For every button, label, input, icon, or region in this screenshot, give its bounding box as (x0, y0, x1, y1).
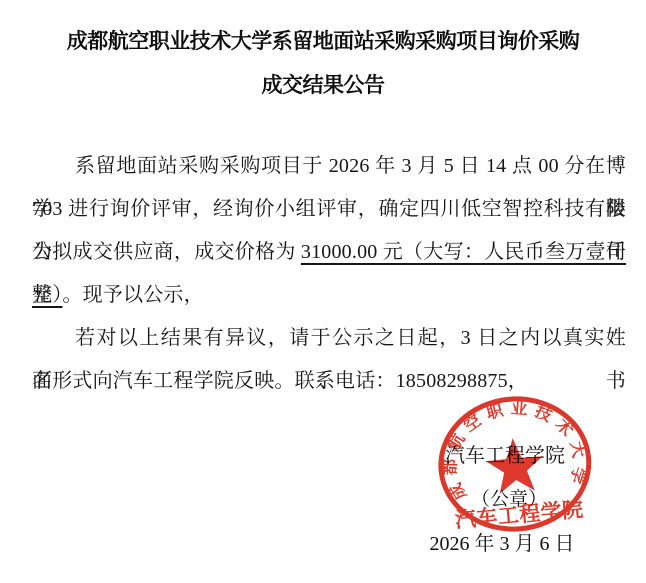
body-line: 系留地面站采购采购项目于 2026 年 3 月 5 日 14 点 00 分在博学… (32, 145, 626, 188)
body-line: 整）。现予以公示， (32, 274, 626, 317)
document-page: 成都航空职业技术大学系留地面站采购采购项目询价采购 成交结果公告 系留地面站采购… (0, 0, 646, 583)
underlined-text: 整） (32, 284, 62, 306)
body-text: 。现予以公示， (62, 284, 203, 306)
body-line: 若对以上结果有异议，请于公示之日起，3 日之内以真实姓名、书 (32, 317, 626, 360)
signature-department: 汽车工程学院 (445, 445, 565, 467)
signature-seal-note: （公章） (471, 489, 547, 511)
body-line: 为拟成交供应商，成交价格为 31000.00 元（大写：人民币叁万壹仟元 (32, 231, 626, 274)
body-text: 面形式向汽车工程学院反映。联系电话：18508298875， (32, 370, 528, 392)
signature-date: 2026 年 3 月 6 日 (430, 533, 575, 555)
document-title-line2: 成交结果公告 (0, 69, 646, 99)
official-seal-icon: 成都航空职业技术大学 汽车工程学院 (436, 394, 596, 554)
document-title-line1: 成都航空职业技术大学系留地面站采购采购项目询价采购 (0, 25, 646, 55)
document-body: 系留地面站采购采购项目于 2026 年 3 月 5 日 14 点 00 分在博学… (32, 145, 626, 403)
body-text: 为拟成交供应商，成交价格为 (32, 241, 301, 263)
body-line: 703 进行询价评审，经询价小组评审，确定四川低空智控科技有限公司 (32, 188, 626, 231)
